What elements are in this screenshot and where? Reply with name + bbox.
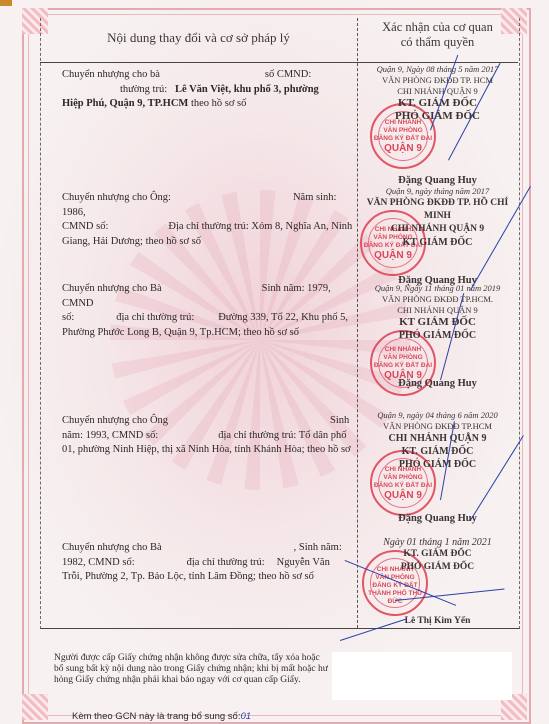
entry-text: địa chỉ thường trú: Tổ dân phố (218, 430, 346, 441)
entry-address: Hiệp Phú, Quận 9, TP.HCM (62, 98, 188, 109)
approval-title: KT. GIÁM ĐỐC (357, 445, 518, 458)
entry-text: CMND số: (62, 221, 108, 232)
header-approval-line2: có thẩm quyền (357, 35, 518, 50)
approval-block-1: Quận 9, Ngày 08 tháng 5 năm 2017 VĂN PHÒ… (357, 64, 518, 186)
approval-title: KT GIÁM ĐỐC (357, 316, 518, 329)
entry-text: Chuyển nhượng cho Bà (62, 283, 162, 294)
approval-signer: Đặng Quang Huy (357, 378, 518, 389)
entry-text: Phường Phước Long B, Quận 9, Tp.HCM; the… (62, 326, 357, 341)
attachment-label: Kèm theo GCN này là trang bổ sung số: (72, 711, 240, 722)
certificate-page: Nội dung thay đổi và cơ sở pháp lý Xác n… (0, 0, 549, 724)
approval-title: PHÓ GIÁM ĐỐC (357, 561, 518, 574)
approval-branch: CHI NHÁNH QUẬN 9 (357, 305, 518, 316)
entry-4: Chuyển nhượng cho ÔngSinh năm: 1993, CMN… (62, 414, 357, 458)
approval-signer: Đặng Quang Huy (357, 175, 518, 186)
approval-title: KT. GIÁM ĐỐC (357, 548, 518, 561)
entry-2: Chuyển nhượng cho Ông:Năm sinh: 1986, CM… (62, 191, 357, 249)
entry-5: Chuyển nhượng cho Bà, Sinh năm: 1982, CM… (62, 541, 357, 585)
header-divider (40, 62, 518, 63)
approval-date: Quận 9, Ngày 11 tháng 01 năm 2019 (357, 283, 518, 294)
entry-text: Chuyển nhượng cho Ông (62, 415, 168, 426)
entry-text: , Sinh năm: (294, 542, 342, 553)
entry-text: Chuyển nhượng cho Bà (62, 542, 162, 553)
entry-text: số: (62, 312, 74, 323)
entry-text: địa chỉ thường trú: (187, 557, 265, 568)
entry-text: địa chỉ thường trú: (116, 312, 194, 323)
entry-text: Giang, Hải Dương; theo hồ sơ số (62, 235, 357, 250)
header-changes-column: Nội dung thay đổi và cơ sở pháp lý (40, 30, 357, 46)
approval-block-5: Ngày 01 tháng 1 năm 2021 KT. GIÁM ĐỐC PH… (357, 537, 518, 627)
approval-branch: CHI NHÁNH QUẬN 9 (357, 86, 518, 97)
approval-signer: Đặng Quang Huy (357, 513, 518, 524)
header-approval-line1: Xác nhận của cơ quan (357, 20, 518, 35)
approval-branch: CHI NHÁNH QUẬN 9 (357, 223, 518, 236)
entry-text: theo hồ sơ số (191, 98, 246, 109)
approval-branch: CHI NHÁNH QUẬN 9 (357, 432, 518, 445)
approval-office: VĂN PHÒNG ĐKĐĐ TP. HCM (357, 75, 518, 86)
entry-address: Lê Văn Việt, khu phố 3, phường (175, 84, 319, 95)
entry-text: Chuyển nhượng cho Ông: (62, 192, 171, 203)
entry-text: năm: 1993, CMND số: (62, 430, 158, 441)
approval-date: Quận 9, ngày tháng năm 2017 (357, 186, 518, 197)
attachment-note: Kèm theo GCN này là trang bổ sung số:01 (72, 711, 251, 722)
approval-block-4: Quận 9, ngày 04 tháng 6 năm 2020 VĂN PHÒ… (357, 410, 518, 524)
corner-ornament-icon (22, 694, 48, 720)
entry-text: 1982, CMND số: (62, 557, 135, 568)
approval-date: Ngày 01 tháng 1 năm 2021 (357, 537, 518, 548)
page-tab-marker (0, 0, 12, 6)
entry-text: Chuyển nhượng cho bà (62, 69, 160, 80)
certificate-warning-note: Người được cấp Giấy chứng nhận không đượ… (54, 653, 329, 686)
entry-text: thường trú: (120, 84, 167, 95)
entry-3: Chuyển nhượng cho BàSinh năm: 1979, CMND… (62, 282, 357, 340)
entry-text: Nguyễn Văn (277, 557, 330, 568)
approval-date: Quận 9, ngày 04 tháng 6 năm 2020 (357, 410, 518, 421)
entry-text: 01, phường Ninh Hiệp, thị xã Ninh Hòa, t… (62, 443, 357, 458)
entry-text: Trỗi, Phường 2, Tp. Bảo Lộc, tỉnh Lâm Đồ… (62, 570, 357, 585)
approval-title: PHÓ GIÁM ĐỐC (357, 458, 518, 471)
entry-text: Sinh (330, 415, 349, 426)
entry-text: Đường 339, Tổ 22, Khu phố 5, (218, 312, 348, 323)
approval-office: VĂN PHÒNG ĐKĐĐ TP.HCM. (357, 294, 518, 305)
approval-office: VĂN PHÒNG ĐKĐĐ TP.HCM (357, 421, 518, 432)
approval-block-2: Quận 9, ngày tháng năm 2017 VĂN PHÒNG ĐK… (357, 186, 518, 286)
approval-office: VĂN PHÒNG ĐKĐĐ TP. HỒ CHÍ MINH (357, 197, 518, 223)
entry-1: Chuyển nhượng cho bàsố CMND: thường trú:… (62, 68, 357, 112)
approval-title: PHÓ GIÁM ĐỐC (357, 329, 518, 342)
approval-block-3: Quận 9, Ngày 11 tháng 01 năm 2019 VĂN PH… (357, 283, 518, 389)
header-approval-column: Xác nhận của cơ quan có thẩm quyền (357, 20, 518, 50)
entry-text: số CMND: (265, 69, 311, 80)
redacted-area (332, 652, 512, 700)
entry-text: Địa chỉ thường trú: Xóm 8, Nghĩa An, Nin… (168, 221, 352, 232)
attachment-page-number: 01 (240, 711, 251, 722)
